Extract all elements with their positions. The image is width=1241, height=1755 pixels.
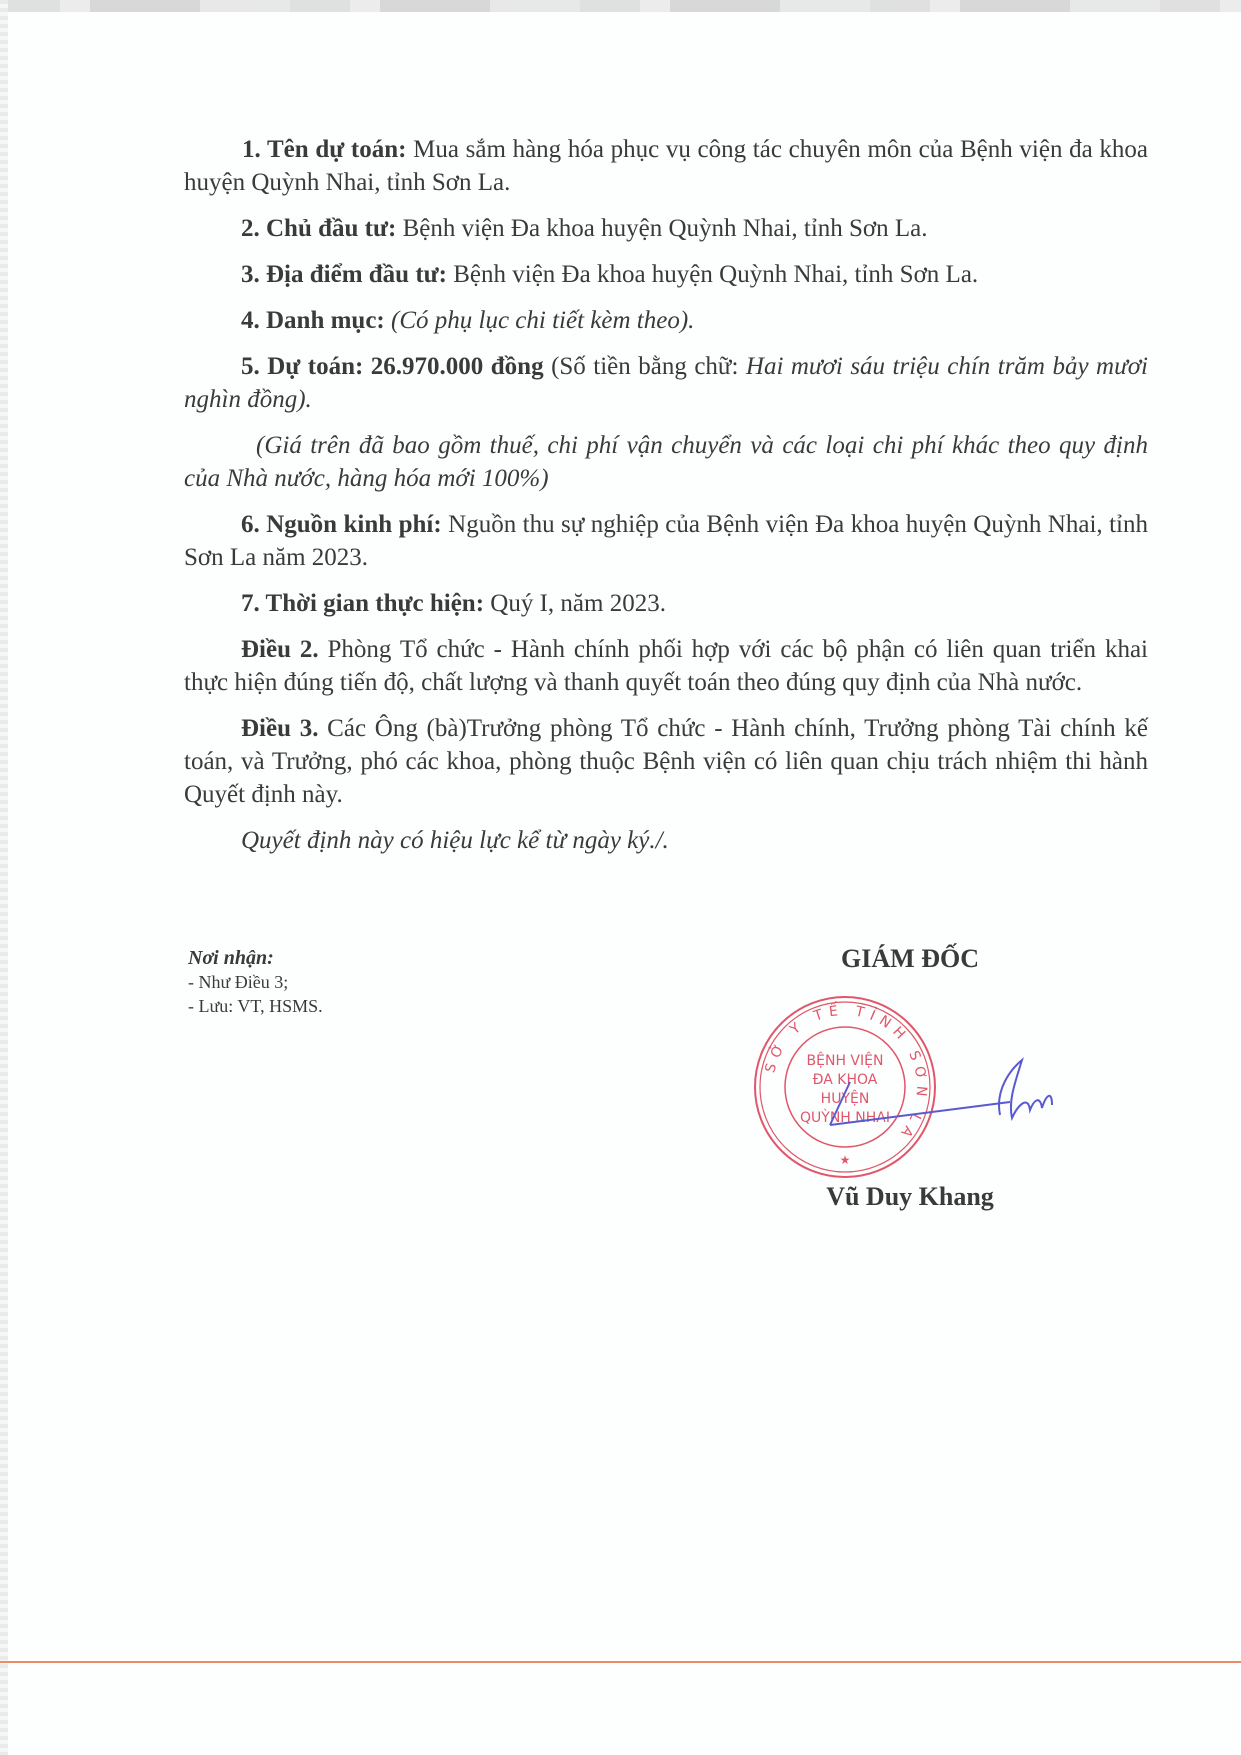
item-funding: 6. Nguồn kinh phí: Nguồn thu sự nghiệp c… <box>184 508 1148 574</box>
effective-clause: Quyết định này có hiệu lực kể từ ngày ký… <box>184 824 1148 857</box>
recipients-block: Nơi nhận: - Như Điều 3; - Lưu: VT, HSMS. <box>188 946 323 1018</box>
item-timeline: 7. Thời gian thực hiện: Quý I, năm 2023. <box>184 587 1148 620</box>
article-3: Điều 3. Các Ông (bà)Trưởng phòng Tổ chức… <box>184 712 1148 811</box>
handwritten-signature-icon <box>790 1050 1070 1160</box>
recipient-line: - Lưu: VT, HSMS. <box>188 994 323 1018</box>
item-price-note: (Giá trên đã bao gồm thuế, chi phí vận c… <box>184 429 1148 495</box>
signature-block: GIÁM ĐỐC Vũ Duy Khang <box>760 944 1060 974</box>
item-category: 4. Danh mục: (Có phụ lục chi tiết kèm th… <box>184 304 1148 337</box>
signer-title: GIÁM ĐỐC <box>760 944 1060 974</box>
item-estimate: 5. Dự toán: 26.970.000 đồng (Số tiền bằn… <box>184 350 1148 416</box>
item-budget-name: 1. Tên dự toán: Mua sắm hàng hóa phục vụ… <box>184 133 1148 199</box>
footer-divider <box>0 1661 1241 1663</box>
recipients-heading: Nơi nhận: <box>188 946 323 970</box>
document-body: 1. Tên dự toán: Mua sắm hàng hóa phục vụ… <box>184 133 1148 870</box>
recipient-line: - Như Điều 3; <box>188 970 323 994</box>
item-investor: 2. Chủ đầu tư: Bệnh viện Đa khoa huyện Q… <box>184 212 1148 245</box>
scan-left-edge <box>0 0 8 1755</box>
scan-top-edge <box>0 0 1241 12</box>
item-location: 3. Địa điểm đầu tư: Bệnh viện Đa khoa hu… <box>184 258 1148 291</box>
signer-name: Vũ Duy Khang <box>760 1182 1060 1212</box>
article-2: Điều 2. Phòng Tổ chức - Hành chính phối … <box>184 633 1148 699</box>
